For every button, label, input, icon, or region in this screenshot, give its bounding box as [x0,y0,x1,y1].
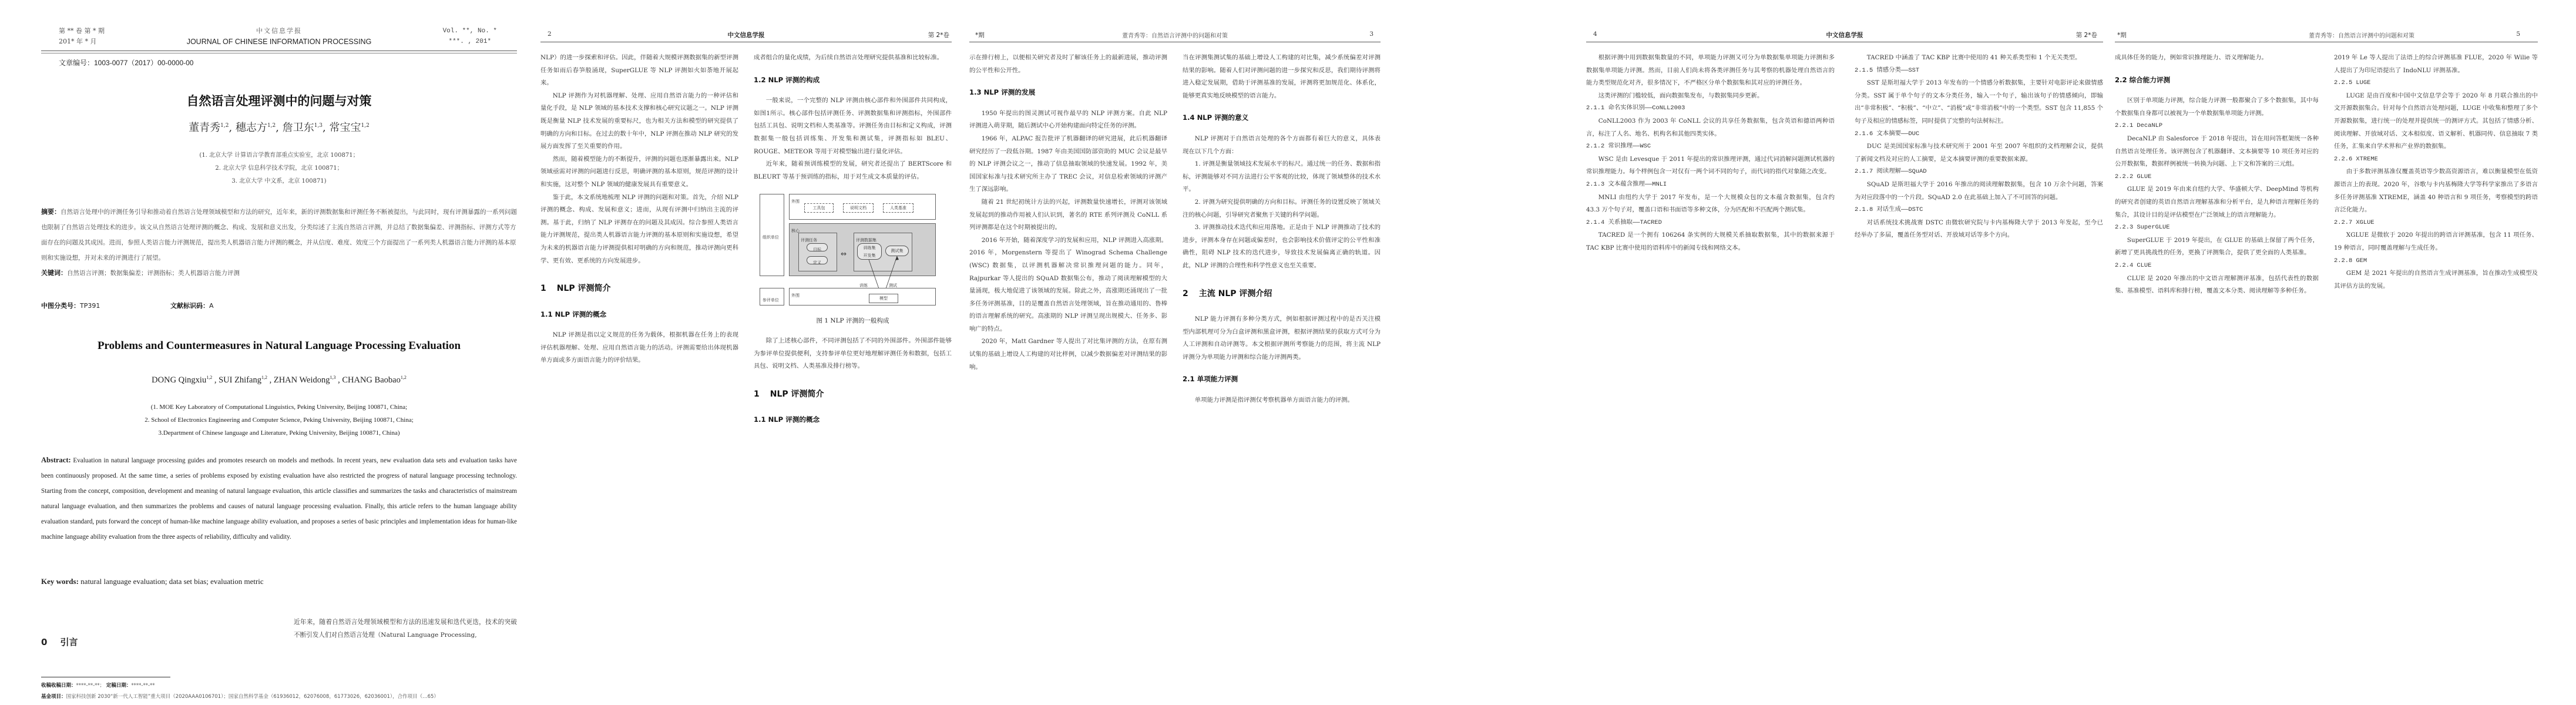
received-label: 收稿收稿日期： [41,683,76,689]
author: DONG Qingxiu [152,375,206,385]
article-number: 文章编号：1003-0077（2017）00-0000-00 [59,58,193,68]
abstract-cn-label: 摘要： [41,208,61,216]
subsubsection-heading: 2.2.1 DecaNLP [2115,120,2319,133]
section-heading: 1NLP 评测简介 [540,283,738,296]
clc-label: 中图分类号： [41,302,80,310]
abstract-cn: 摘要：自然语言处理中的评测任务引导和推动着自然语言处理领域模型和方法的研究，近年… [41,204,517,281]
subsection-heading: 1.4 NLP 评测的意义 [1183,112,1381,125]
paragraph: NLP）的进一步探索和评估。因此，伴随着大规模评测数据集的新型评测任务如雨后春笋… [540,52,738,90]
section-number: 0 [41,637,47,647]
page-4: 4 中文信息学报 第 2*卷 根据评测中用到数据集数量的不同，单项能力评测又可分… [1586,0,2103,705]
author: CHANG Baobao [342,375,400,385]
doc-code-label: 文献标识码： [170,302,209,310]
intro-text: 近年来，随着自然语言处理领域模型和方法的迅速发展和迭代更迭，技术的突破不断引发人… [294,616,517,642]
body-columns: 示在排行榜上，以便相关研究者及时了解该任务上的最新进展，推动评测的公平性和公开性… [969,52,1381,693]
paragraph: TACRED 中涵盖了 TAC KBP 比赛中使用的 41 种关系类型和 1 个… [1855,52,2103,65]
paragraph: 随着 21 世纪初统计方法的兴起，评测数量快速增长，评测对该领域发展起到的推动作… [969,196,1167,234]
author-sup: 1,2 [220,123,229,129]
title-cn: 自然语言处理评测中的问题与对策 [35,92,523,109]
author-sup: 1,2 [206,375,212,380]
body-columns: 根据评测中用到数据集数量的不同，单项能力评测又可分为单数据集单项能力评测和多数据… [1586,52,2103,693]
doc-code-value: A [209,302,214,310]
subsection-heading: 2.2 综合能力评测 [2115,74,2319,87]
paragraph: 单项能力评测是指评测仅考察机器单方面语言能力的评测。 [1183,394,1381,407]
column-left: 示在排行榜上，以便相关研究者及时了解该任务上的最新进展，推动评测的公平性和公开性… [969,52,1167,693]
participant-outer-box [789,288,936,305]
subsubsection-heading: 2.1.5 情感分类——SST [1855,65,2103,78]
paragraph: 1950 年提出的图灵测试可视作最早的 NLP 评测方案。自此 NLP 评测进入… [969,108,1167,133]
authors-cn: 董青秀1,2, 穗志方1,2, 詹卫东1,3, 常宝宝1,2 [35,119,523,135]
subsubsection-heading: 2.1.7 阅读理解——SQuAD [1855,166,2103,179]
author-sup: 1,3 [330,375,335,380]
paragraph: 2019 年 Le 等人提出了法语上的综合评测基准 FLUE，2020 年 Wi… [2334,52,2538,77]
affiliation: 2. School of Electronics Engineering and… [35,414,523,427]
participant-unit-label: 参评单位 [763,294,779,307]
running-issue: *期 [2117,31,2127,39]
subsubsection-heading: 2.2.5 LUGE [2334,77,2538,90]
affiliations-cn: (1. 北京大学 计算语言学教育部重点实验室，北京 100871； 2. 北京大… [35,149,523,188]
running-volume: 第 2*卷 [2076,31,2097,39]
section-number: 1 [754,390,760,399]
running-journal-title: 中文信息学报 [540,31,952,39]
section-heading-intro: 0引言 [41,636,78,648]
author: 常宝宝 [330,122,361,134]
paragraph: NLP 能力评测有多种分类方式，例如根据评测过程中的是否关注模型内部机理可分为白… [1183,313,1381,364]
subsubsection-heading: 2.1.2 常识推理——WSC [1586,140,1835,153]
subsection-heading: 2.1 单项能力评测 [1183,373,1381,386]
paragraph: 近年来，随着预训练模型的发展，研究者还提出了 BERTScore 和 BLEUR… [754,158,952,183]
subsubsection-heading: 2.2.3 SuperGLUE [2115,221,2319,234]
subsection-heading: 1.1 NLP 评测的概念 [540,308,738,321]
paragraph: 除了上述核心部件，不同评测包括了不同的外围部件。外围部件能够为参评单位提供便利，… [754,335,952,373]
running-short-title: 董青秀等：自然语言评测中的问题和对策 [2185,31,2538,39]
paragraph: 1. 评测是衡量领域技术发展水平的标尺。通过统一的任务、数据和指标，评测能够对不… [1183,158,1381,196]
paragraph: 这类评测的门槛较低，面向数据集发布，与数据集同步更新。 [1586,90,1835,103]
section-title: 引言 [60,637,78,647]
paragraph: 2020 年，Matt Gardner 等人提出了对比集评测的方法，在原有测试集… [969,335,1167,374]
paragraph: NLP 评测对于自然语言处理的各个方面都有着巨大的意义，具体表现在以下几个方面： [1183,133,1381,158]
author-sup: 1,2 [267,123,276,129]
subsubsection-heading: 2.1.3 文本蕴含推理——MNLI [1586,179,1835,192]
running-short-title: 董青秀等：自然语言评测中的问题和对策 [969,31,1381,39]
journal-masthead: 第 ** 卷 第 * 期 201* 年 * 月 中文信息学报 JOURNAL O… [41,26,517,53]
keywords-en-label: Key words: [41,577,79,586]
paragraph: XGLUE 是微软于 2020 年提出的跨语言评测基准，包含 11 项任务、19… [2334,229,2538,254]
fund-text: 国家科技创新 2030“新一代人工智能”重大项目（2020AAA0106701）… [66,694,439,700]
subsubsection-heading: 2.2.8 GEM [2334,255,2538,268]
author-sup: 1,3 [314,123,323,129]
paragraph: 对话系统技术挑战赛 DSTC 由微软研究院与卡内基梅隆大学于 2013 年发起，… [1855,217,2103,242]
paragraph: 2016 年开始，随着深度学习的发展和应用，NLP 评测进入高涨期。2016 年… [969,234,1167,336]
document-spread: 第 ** 卷 第 * 期 201* 年 * 月 中文信息学报 JOURNAL O… [0,0,2576,705]
keywords-cn-text: 自然语言评测；数据集偏差；评测指标；类人机器语言能力评测 [67,270,240,277]
keywords-cn-label: 关键词： [41,269,67,277]
running-header: 4 中文信息学报 第 2*卷 [1586,29,2103,42]
paragraph: 当在评测集测试集的基础上增设人工构建的对比集，减少系统偏差对评测结果的影响。随着… [1183,52,1381,102]
paragraph: SQuAD 是斯坦福大学于 2016 年推出的阅读理解数据集，包含 10 万余个… [1855,179,2103,204]
paragraph: 3. 评测推动技术迭代和应用落地。正是由于 NLP 评测推动了技术的进步，评测本… [1183,221,1381,272]
author: 穗志方 [236,122,267,134]
column-right: 成者组合的量化成绩，为后续自然语言处理研究提供基准和比较标准。1.2 NLP 评… [754,52,952,693]
paragraph: GLUE 是 2019 年由来自纽约大学、华盛顿大学、DeepMind 等机构的… [2115,183,2319,221]
column-left: 根据评测中用到数据集数量的不同，单项能力评测又可分为单数据集单项能力评测和多数据… [1586,52,1835,693]
date-en: ***. , 201* [443,36,497,47]
running-header: *期 董青秀等：自然语言评测中的问题和对策 3 [969,29,1381,42]
subsection-heading: 1.1 NLP 评测的概念 [754,414,952,427]
paragraph: LUGE 是由百度和中国中文信息学会等于 2020 年 8 月联合推出的中文开源… [2334,90,2538,153]
final-date: ****-**-** [131,683,155,689]
paragraph: 成具体任务的能力，例如常识推理能力、语义理解能力。 [2115,52,2319,65]
paragraph: 由于多数评测基准仅覆盖英语等少数高资源语言，难以衡量模型在低资源语言上的表现。2… [2334,166,2538,216]
paragraph: GEM 是 2021 年提出的自然语言生成评测基准，旨在推动生成模型及其评估方法… [2334,267,2538,293]
authors-en: DONG Qingxiu1,2 , SUI Zhifang1,2 , ZHAN … [35,375,523,385]
running-volume: 第 2*卷 [928,31,949,39]
subsubsection-heading: 2.2.4 CLUE [2115,260,2319,273]
page-1: 第 ** 卷 第 * 期 201* 年 * 月 中文信息学报 JOURNAL O… [35,0,523,705]
model-box: 模型 [869,294,898,303]
author-sup: 1,2 [401,375,407,380]
paragraph: 一般来说，一个完整的 NLP 评测由核心部件和外围部件共同构成，如图1所示。核心… [754,95,952,158]
abstract-en-label: Abstract: [41,456,71,464]
paragraph: SST 是斯坦福大学于 2013 年发布的一个情感分析数据集，主要针对电影评论来… [1855,77,2103,127]
affiliation: 2. 北京大学 信息科学技术学院，北京 100871； [35,162,523,175]
subsection-heading: 1.3 NLP 评测的发展 [969,86,1167,99]
keywords-en: Key words: natural language evaluation; … [41,577,517,586]
affiliation: 3. 北京大学 中文系，北京 100871) [35,175,523,188]
paragraph: DUC 是美国国家标准与技术研究所于 2001 年至 2007 年组织的文档理解… [1855,140,2103,166]
paragraph: NLP 评测作为对机器理解、处理、应用自然语言能力的一种评估和量化手段，是 NL… [540,90,738,153]
affiliation: (1. 北京大学 计算语言学教育部重点实验室，北京 100871； [35,149,523,162]
clc-value: TP391 [80,302,100,310]
affiliations-en: (1. MOE Key Laboratory of Computational … [35,401,523,439]
running-header: *期 董青秀等：自然语言评测中的问题和对策 5 [2115,29,2538,42]
author-sup: 1,2 [261,375,267,380]
subsubsection-heading: 2.2.7 XGLUE [2334,217,2538,230]
subsubsection-heading: 2.1.1 命名实体识别——CoNLL2003 [1586,102,1835,115]
column-right: TACRED 中涵盖了 TAC KBP 比赛中使用的 41 种关系类型和 1 个… [1855,52,2103,693]
paragraph: 1966 年，ALPAC 报告批评了机器翻译的研究进展，此后机器翻译研究经历了一… [969,133,1167,196]
footnotes: 收稿收稿日期：****-**-**； 定稿日期：****-**-** 基金项目：… [41,680,439,703]
paragraph: 区别于单项能力评测，综合能力评测一般都聚合了多个数据集，其中每个数据集自身都可以… [2115,95,2319,120]
masthead-right: Vol. **, No. * ***. , 201* [443,26,497,47]
footnote-rule [41,677,170,677]
paragraph: NLP 评测是指以定义规范的任务为载体，根据机器在任务上的表现评估机器理解、处理… [540,329,738,367]
paragraph: 根据评测中用到数据集数量的不同，单项能力评测又可分为单数据集单项能力评测和多数据… [1586,52,1835,90]
paragraph: CLUE 是 2020 年推出的中文语言理解测评基准，包括代表性的数据集、基准模… [2115,273,2319,298]
section-number: 2 [1183,289,1188,298]
page-number: 3 [1369,31,1373,38]
column-right: 2019 年 Le 等人提出了法语上的综合评测基准 FLUE，2020 年 Wi… [2334,52,2538,693]
page-3: *期 董青秀等：自然语言评测中的问题和对策 3 示在排行榜上，以便相关研究者及时… [969,0,1381,705]
title-en: Problems and Countermeasures in Natural … [35,340,523,352]
fund-label: 基金项目： [41,694,66,700]
page-2: 2 中文信息学报 第 2*卷 NLP）的进一步探索和评估。因此，伴随着大规模评测… [540,0,952,705]
volume-en: Vol. **, No. * [443,26,497,36]
affiliation: (1. MOE Key Laboratory of Computational … [35,401,523,414]
author-sup: 1,2 [361,123,370,129]
body-columns: 成具体任务的能力，例如常识推理能力、语义理解能力。2.2 综合能力评测区别于单项… [2115,52,2538,693]
paragraph: TACRED 是一个拥有 106264 条实例的大规模关系抽取数据集，其中的数据… [1586,229,1835,254]
masthead-double-rule [41,51,517,53]
subsection-heading: 1.2 NLP 评测的构成 [754,74,952,87]
paragraph: 鉴于此，本文系统地梳理 NLP 评测的问题和对策。首先，介绍 NLP 评测的概念… [540,192,738,268]
section-title: NLP 评测简介 [770,390,824,399]
classification-meta: 中图分类号：TP391 文献标识码：A [41,301,517,310]
page-5: *期 董青秀等：自然语言评测中的问题和对策 5 成具体任务的能力，例如常识推理能… [2115,0,2538,705]
subsubsection-heading: 2.1.8 对话生成——DSTC [1855,204,2103,217]
abstract-en: Abstract: Evaluation in natural language… [41,452,517,545]
abstract-en-text: Evaluation in natural language processin… [41,457,517,540]
section-title: NLP 评测简介 [557,284,611,293]
paragraph: SuperGLUE 于 2019 年提出，在 GLUE 的基础上保留了两个任务，… [2115,234,2319,260]
section-title: 主流 NLP 评测介绍 [1199,289,1272,298]
body-columns: NLP）的进一步探索和评估。因此，伴随着大规模评测数据集的新型评测任务如雨后春笋… [540,52,952,693]
column-left: NLP）的进一步探索和评估。因此，伴随着大规模评测数据集的新型评测任务如雨后春笋… [540,52,738,693]
author: SUI Zhifang [219,375,261,385]
page-number: 5 [2516,31,2520,38]
author: 詹卫东 [283,122,314,134]
paragraph: 示在排行榜上，以便相关研究者及时了解该任务上的最新进展，推动评测的公平性和公开性… [969,52,1167,77]
participant-outer-label: 外围 [791,290,800,303]
final-label: 定稿日期： [106,683,132,689]
column-right: 当在评测集测试集的基础上增设人工构建的对比集，减少系统偏差对评测结果的影响。随着… [1183,52,1381,693]
paragraph: WSC 是由 Levesque 于 2011 年提出的常识推理评测，通过代词消解… [1586,153,1835,179]
paragraph: 然而，随着模型能力的不断提升，评测的问题也逐渐暴露出来。NLP 领域亟需对评测的… [540,153,738,192]
paragraph: 成者组合的量化成绩，为后续自然语言处理研究提供基准和比较标准。 [754,52,952,65]
paragraph: DecaNLP 由 Salesforce 于 2018 年提出，旨在用问答框架统… [2115,133,2319,171]
column-left: 成具体任务的能力，例如常识推理能力、语义理解能力。2.2 综合能力评测区别于单项… [2115,52,2319,693]
author: ZHAN Weidong [274,375,330,385]
doc-code: 文献标识码：A [170,301,214,310]
section-heading: 2主流 NLP 评测介绍 [1183,288,1381,301]
subsubsection-heading: 2.2.6 XTREME [2334,153,2538,166]
paragraph: MNLI 由纽约大学于 2017 年发布，是一个大规模众包的文本蕴含数据集，包含… [1586,192,1835,217]
received-date: ****-**-**； [76,683,105,689]
keywords-en-text: natural language evaluation; data set bi… [80,577,264,586]
author: 董青秀 [189,122,220,134]
subsubsection-heading: 2.1.4 关系抽取——TACRED [1586,217,1835,230]
section-heading: 1NLP 评测简介 [754,388,952,401]
figure-caption: 图 1 NLP 评测的一般构成 [754,315,952,328]
section-number: 1 [540,284,546,293]
paragraph: 2. 评测为研究提供明确的方向和目标。评测任务的设置反映了领域关注的核心问题，引… [1183,196,1381,221]
paragraph: CoNLL2003 作为 2003 年 CoNLL 会议的共享任务数据集，包含英… [1586,115,1835,140]
affiliation: 3.Department of Chinese language and Lit… [35,427,523,439]
abstract-cn-text: 自然语言处理中的评测任务引导和推动着自然语言处理领域模型和方法的研究，近年来，新… [41,209,517,261]
running-header: 2 中文信息学报 第 2*卷 [540,29,952,42]
subsubsection-heading: 2.2.2 GLUE [2115,171,2319,184]
figure-nlp-evaluation-composition: 组织单位 外围 工具包 说明文档 人类基准 核心 评测任务 目标 定义 ⇔ 评测… [760,194,936,311]
running-journal-title: 中文信息学报 [1586,31,2103,39]
subsubsection-heading: 2.1.6 文本摘要——DUC [1855,128,2103,141]
